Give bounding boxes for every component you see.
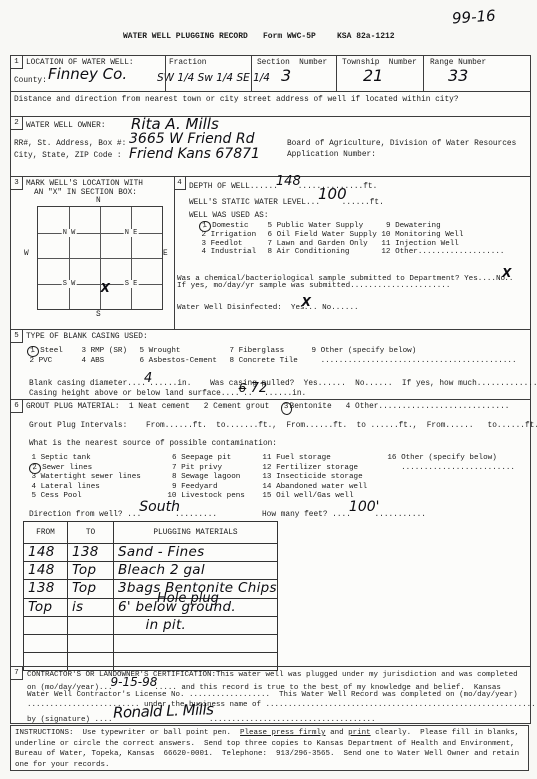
section-number-value: 3 (281, 66, 291, 85)
plugged-date-value: 9-15-98 (111, 677, 158, 687)
section5-number: 5 (11, 330, 23, 343)
contamination-option: 7 Pit privy (167, 464, 245, 474)
from-value: 148 (24, 562, 67, 578)
casing-option: 2 PVC (29, 357, 81, 365)
from-value (24, 617, 67, 618)
material-value (114, 653, 277, 654)
divider (11, 666, 530, 667)
section-location-grid: N W N E S W S E X (37, 206, 163, 310)
divider (11, 116, 530, 117)
direction-value: South (139, 503, 180, 513)
casing-option: 5 Wrought (139, 347, 229, 355)
agency-text: Board of Agriculture, Division of Water … (287, 140, 516, 150)
use-option: 2 Irrigation (201, 231, 256, 240)
stamp-number: 99-16 (451, 7, 496, 28)
contamination-option: 11 Fuel storage (262, 454, 367, 464)
county-value: Finney Co. (48, 65, 127, 83)
address-label: RR#, St. Address, Box #: (14, 140, 126, 150)
divider (251, 56, 252, 91)
contamination-column-2: 6 Seepage pit7 Pit privy8 Sewage lagoon9… (167, 454, 245, 502)
header-to: TO (68, 522, 114, 543)
well-uses-column-1: 1 Domestic2 Irrigation3 Feedlot4 Industr… (201, 222, 256, 257)
form-body: 1 LOCATION OF WATER WELL: County: Finney… (10, 55, 531, 724)
casing-option: 8 Concrete Tile (229, 357, 311, 365)
section7-number: 7 (11, 667, 23, 680)
plugging-table-row: 138 Top 3bags Bentonite ChipsHole plug (24, 580, 277, 598)
mark-location-title-2: AN "X" IN SECTION BOX: (34, 189, 137, 199)
contamination-option: 16 Other (specify below) (387, 454, 515, 464)
material-value: Sand - Fines (114, 544, 277, 560)
grout-material-line: GROUT PLUG MATERIAL: 1 Neat cement 2 Cem… (26, 403, 509, 413)
form-number: Form WWC-5P (263, 32, 316, 42)
casing-section-title: TYPE OF BLANK CASING USED: (26, 333, 148, 343)
header-plugging-materials: PLUGGING MATERIALS (114, 522, 277, 543)
city-label: City, State, ZIP Code : (14, 152, 122, 162)
depth-of-well-line: DEPTH OF WELL......148..............ft. (189, 180, 377, 193)
fraction-value: SW 1/4 Sw 1/4 SE 1/4 (157, 72, 270, 84)
casing-options-row-1: 1 Steel3 RMP (SR)5 Wrought7 Fiberglass9 … (29, 347, 416, 355)
plugging-table-rows: 148 138 Sand - Fines 148 Top Bleach 2 ga… (24, 544, 277, 670)
contamination-option: 2 Sewer lines (31, 464, 141, 474)
disinfected-line: Water Well Disinfected: YesX... No...... (177, 301, 359, 314)
contamination-option: 1 Septic tank (31, 454, 141, 464)
instructions-line-1: INSTRUCTIONS: Use typewriter or ball poi… (15, 728, 528, 739)
divider (174, 176, 175, 329)
casing-height-value: 72 (251, 384, 268, 394)
application-number-label: Application Number: (287, 151, 376, 161)
contamination-option: 5 Cess Pool (31, 492, 141, 502)
static-water-level-line: WELL'S STATIC WATER LEVEL...100......ft. (189, 195, 384, 209)
compass-south-label: S (96, 311, 101, 321)
plugging-table-row (24, 635, 277, 653)
plugging-table-row: 148 Top Bleach 2 gal (24, 562, 277, 580)
sample-date-line: If yes, mo/day/yr sample was submitted..… (177, 282, 450, 292)
county-label: County: (14, 77, 47, 87)
contamination-column-1: 1 Septic tank2 Sewer lines3 Watertight s… (31, 454, 141, 502)
contamination-column-4: 16 Other (specify below) ...............… (387, 454, 515, 473)
section-number-label: Section Number (257, 59, 327, 69)
contamination-column-3: 11 Fuel storage12 Fertilizer storage13 I… (262, 454, 367, 502)
plugging-table-row: in pit. (24, 617, 277, 635)
distance-question: Distance and direction from nearest town… (14, 96, 459, 106)
casing-option: 1 Steel (29, 347, 81, 355)
use-option: 5 Public Water Supply (267, 222, 377, 231)
use-option: 11 Injection Well (381, 240, 504, 249)
disinfected-yes-x-mark: X (302, 298, 311, 308)
depth-value: 148 (276, 177, 301, 187)
use-option: 8 Air Conditioning (267, 248, 377, 257)
quarter-label-sw: S W (62, 280, 77, 288)
contamination-option: ......................... (387, 464, 515, 474)
casing-height-line: Casing height above or below land surfac… (29, 387, 306, 400)
plugging-materials-table: FROM TO PLUGGING MATERIALS 148 138 Sand … (23, 521, 278, 671)
certification-line-4: ......................... under the busi… (27, 700, 537, 710)
casing-option: 7 Fiberglass (229, 347, 311, 355)
from-value: 138 (24, 580, 67, 596)
range-value: 33 (448, 66, 468, 85)
to-value: Top (68, 562, 113, 578)
how-many-feet-line: How many feet? ....100'........... (262, 508, 426, 521)
quarter-label-ne: N E (124, 229, 139, 237)
casing-option: 3 RMP (SR) (81, 347, 139, 355)
address-value: 3665 W Friend Rd (129, 131, 255, 147)
form-title: WATER WELL PLUGGING RECORD (123, 32, 248, 42)
contamination-question: What is the nearest source of possible c… (29, 440, 277, 450)
casing-option: 4 ABS (81, 357, 139, 365)
grid-line (38, 233, 162, 234)
contamination-option: 8 Sewage lagoon (167, 473, 245, 483)
divider (336, 56, 337, 91)
use-option: 7 Lawn and Garden Only (267, 240, 377, 249)
grout-intervals-line: Grout Plug Intervals: From......ft. to..… (29, 422, 537, 432)
direction-from-well-line: Direction from well? ...South......... (29, 508, 217, 521)
plugging-table-row (24, 653, 277, 670)
material-value: Bleach 2 gal (114, 562, 277, 578)
well-used-as-label: WELL WAS USED AS: (189, 212, 269, 222)
casing-diameter-value: 4 (144, 374, 152, 384)
compass-west-label: W (24, 250, 29, 260)
feet-value: 100' (349, 503, 380, 513)
static-level-value: 100 (318, 190, 347, 200)
owner-section-title: WATER WELL OWNER: (26, 122, 106, 132)
contamination-option: 3 Watertight sewer lines (31, 473, 141, 483)
to-value (68, 653, 113, 654)
to-value (68, 617, 113, 618)
well-location-x-mark: X (101, 281, 110, 295)
water-well-plugging-record-scan: 99-16 WATER WELL PLUGGING RECORD Form WW… (0, 0, 537, 779)
well-uses-column-2: 5 Public Water Supply6 Oil Field Water S… (267, 222, 377, 257)
signature-value: Ronald L. Mills (112, 704, 213, 717)
form-statute: KSA 82a-1212 (337, 32, 395, 42)
from-value (24, 653, 67, 654)
certification-line-3: Water Well Contractor's License No. ....… (27, 690, 518, 700)
signature-line: by (signature) ....Ronald L. Mills......… (27, 711, 375, 725)
instructions-box: INSTRUCTIONS: Use typewriter or ball poi… (10, 725, 529, 771)
use-option: 3 Feedlot (201, 240, 256, 249)
well-uses-column-3: 9 Dewatering10 Monitoring Well11 Injecti… (381, 222, 504, 257)
instructions-line-4: one for your records. (15, 760, 528, 771)
contamination-option: 9 Feedyard (167, 483, 245, 493)
sample-no-x-mark: X (502, 269, 511, 279)
to-value: 138 (68, 544, 113, 560)
divider (423, 56, 424, 91)
section3-number: 3 (11, 177, 23, 190)
use-option: 4 Industrial (201, 248, 256, 257)
casing-options-row-2: 2 PVC4 ABS6 Asbestos-Cement8 Concrete Ti… (29, 357, 517, 365)
instructions-line-3: Bureau of Water, Topeka, Kansas 66620-00… (15, 749, 528, 760)
casing-option: ........................................… (311, 357, 517, 365)
plugging-table-header: FROM TO PLUGGING MATERIALS (24, 522, 277, 544)
section6-number: 6 (11, 400, 23, 413)
instructions-line-2: underline or circle the correct answers.… (15, 739, 528, 750)
casing-option: 9 Other (specify below) (311, 347, 416, 355)
contamination-option: 6 Seepage pit (167, 454, 245, 464)
from-value: 148 (24, 544, 67, 560)
divider (165, 56, 166, 91)
grid-line (38, 258, 162, 259)
contamination-option: 13 Insecticide storage (262, 473, 367, 483)
use-option: 10 Monitoring Well (381, 231, 504, 240)
divider (11, 91, 530, 92)
township-value: 21 (363, 66, 383, 85)
material-value: 6' below ground. (114, 599, 277, 615)
casing-option: 6 Asbestos-Cement (139, 357, 229, 365)
use-option: 12 Other................... (381, 248, 504, 257)
plugging-table-row: Top is 6' below ground. (24, 599, 277, 617)
to-value: Top (68, 580, 113, 596)
contamination-option: 14 Abandoned water well (262, 483, 367, 493)
use-option: 9 Dewatering (381, 222, 504, 231)
section2-number: 2 (11, 117, 23, 130)
fraction-label: Fraction (169, 59, 206, 69)
certification-line-1: CONTRACTOR'S OR LANDOWNER'S CERTIFICATIO… (27, 670, 518, 680)
casing-height-scratch: 6 (239, 384, 247, 394)
divider (11, 399, 530, 400)
to-value (68, 635, 113, 636)
compass-east-label: E (163, 250, 168, 260)
contamination-option: 12 Fertilizer storage (262, 464, 367, 474)
divider (11, 329, 530, 330)
section4-number: 4 (174, 177, 186, 190)
from-value: Top (24, 599, 67, 615)
quarter-label-nw: N W (62, 229, 77, 237)
to-value: is (68, 599, 113, 615)
plugging-table-row: 148 138 Sand - Fines (24, 544, 277, 562)
material-value: in pit. (114, 617, 277, 633)
use-option: 1 Domestic (201, 222, 256, 231)
city-value: Friend Kans 67871 (129, 146, 260, 162)
contamination-option: 4 Lateral lines (31, 483, 141, 493)
divider (11, 176, 530, 177)
header-from: FROM (24, 522, 68, 543)
quarter-label-se: S E (124, 280, 139, 288)
from-value (24, 635, 67, 636)
material-value (114, 635, 277, 636)
section1-number: 1 (11, 56, 23, 69)
use-option: 6 Oil Field Water Supply (267, 231, 377, 240)
